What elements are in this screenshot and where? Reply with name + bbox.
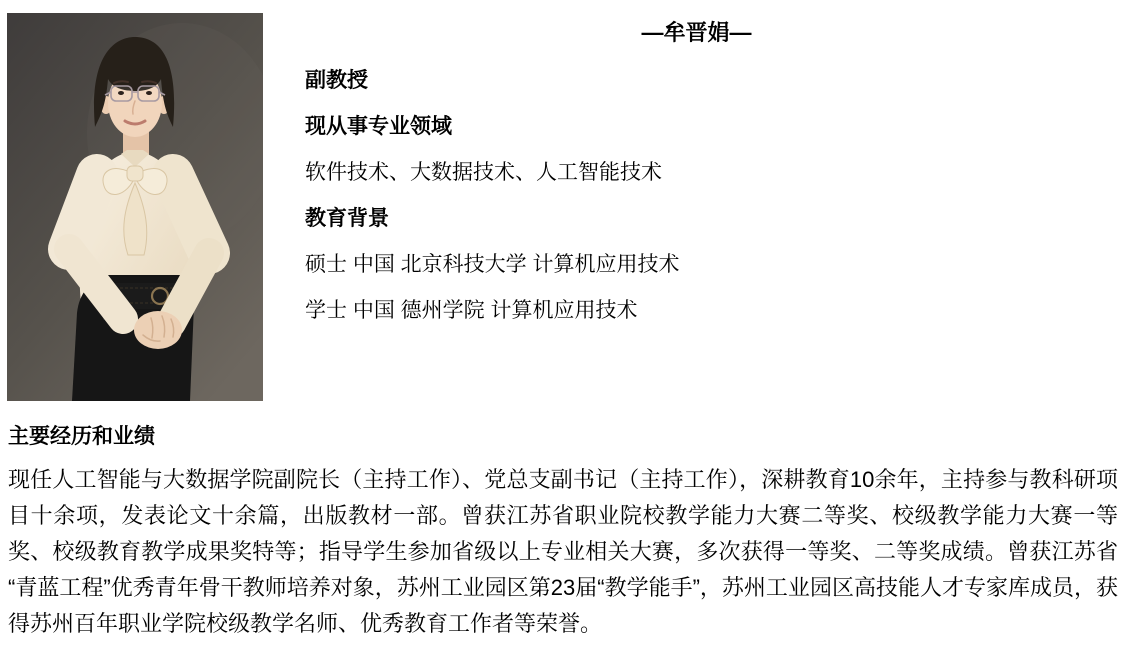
professional-title: 副教授 bbox=[305, 70, 1088, 92]
bio-page: —牟晋娟— 副教授 现从事专业领域 软件技术、大数据技术、人工智能技术 教育背景… bbox=[0, 0, 1126, 655]
domain-values: 软件技术、大数据技术、人工智能技术 bbox=[305, 162, 1088, 184]
profile-info: —牟晋娟— 副教授 现从事专业领域 软件技术、大数据技术、人工智能技术 教育背景… bbox=[305, 13, 1088, 346]
woman-portrait-photo bbox=[7, 13, 263, 401]
experience-section: 主要经历和业绩 现任人工智能与大数据学院副院长（主持工作）、党总支副书记（主持工… bbox=[8, 424, 1118, 642]
education-label: 教育背景 bbox=[305, 208, 1088, 230]
domain-label: 现从事专业领域 bbox=[305, 116, 1088, 138]
education-item-master: 硕士 中国 北京科技大学 计算机应用技术 bbox=[305, 254, 1088, 276]
education-item-bachelor: 学士 中国 德州学院 计算机应用技术 bbox=[305, 300, 1088, 322]
experience-heading: 主要经历和业绩 bbox=[8, 424, 1118, 450]
clasped-hands bbox=[134, 311, 182, 349]
portrait-photo bbox=[7, 13, 263, 401]
experience-paragraph: 现任人工智能与大数据学院副院长（主持工作）、党总支副书记（主持工作），深耕教育1… bbox=[8, 462, 1118, 642]
person-name: —牟晋娟— bbox=[305, 18, 1088, 48]
